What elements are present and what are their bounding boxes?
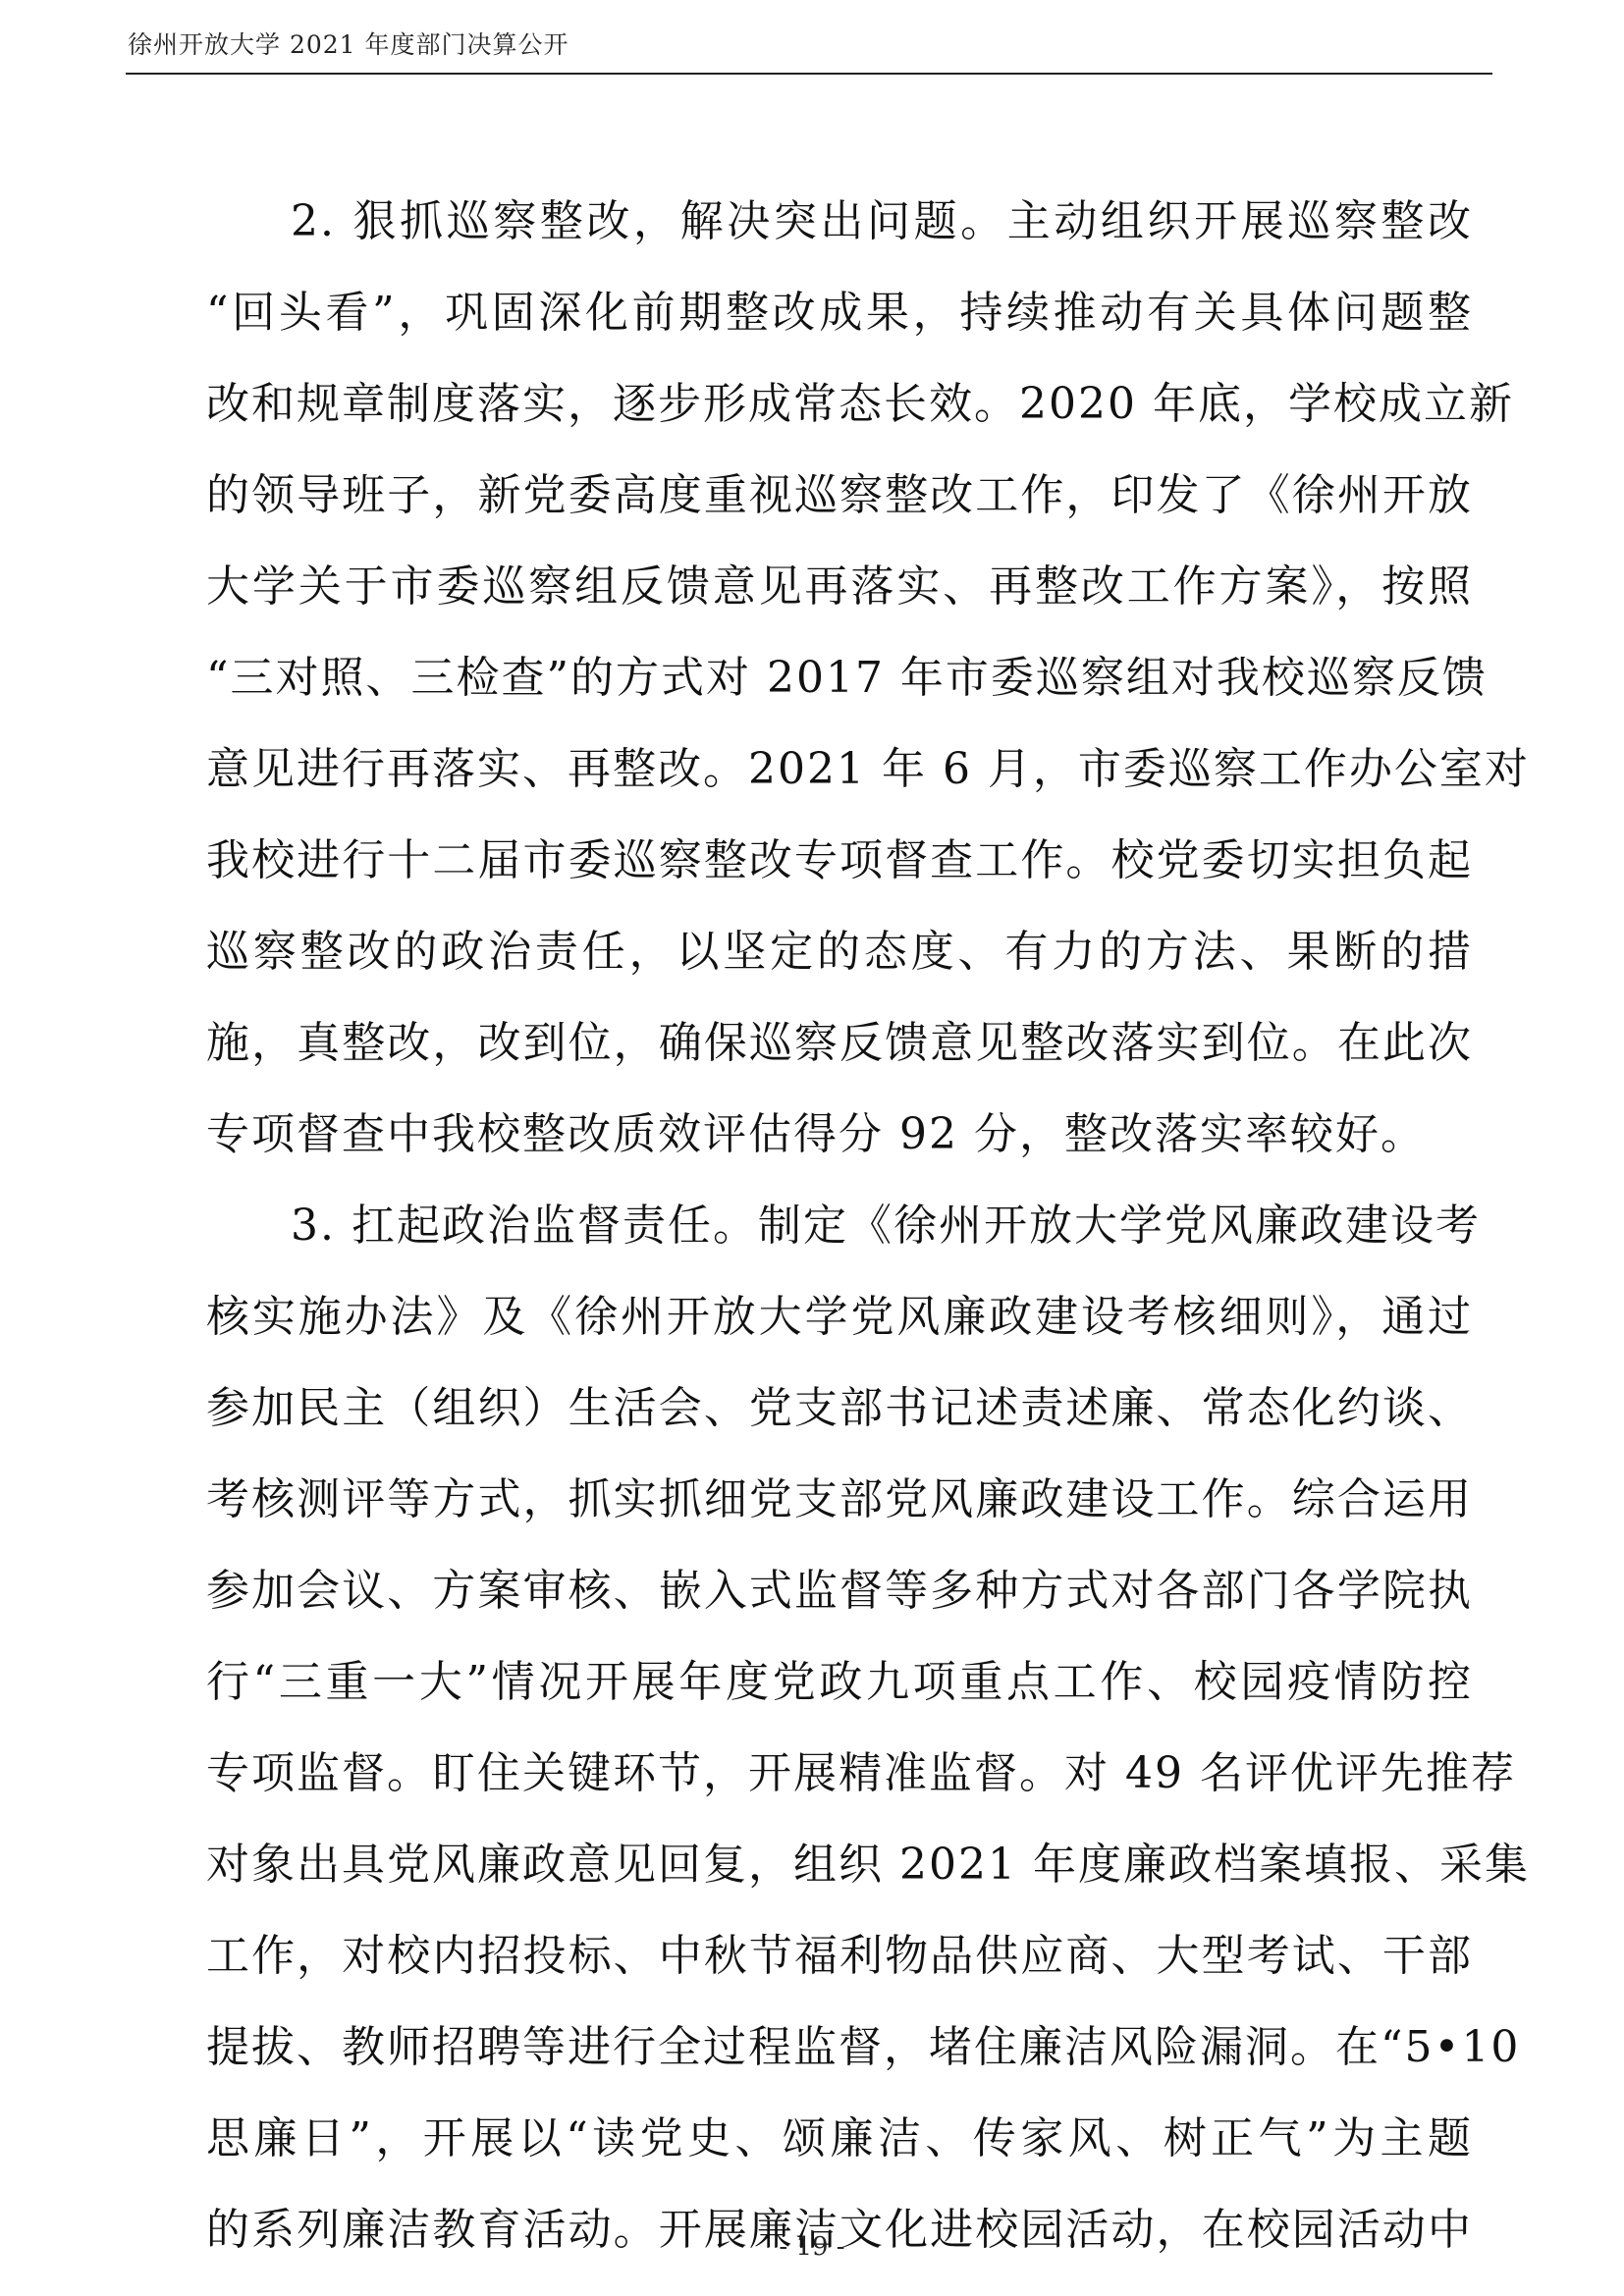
text-line: 对象出具党风廉政意见回复，组织 2021 年度廉政档案填报、采集 (206, 1836, 1473, 1927)
text-line: 改和规章制度落实，逐步形成常态长效。2020 年底，学校成立新 (206, 375, 1473, 466)
text-line: 行“三重一大”情况开展年度党政九项重点工作、校园疫情防控 (206, 1653, 1473, 1744)
text-line: 大学关于市委巡察组反馈意见再落实、再整改工作方案》，按照 (206, 558, 1473, 649)
text-line: 专项监督。盯住关键环节，开展精准监督。对 49 名评优评先推荐 (206, 1744, 1473, 1836)
header-divider (126, 73, 1492, 75)
paragraph-inspection-rectification: 2. 狠抓巡察整改，解决突出问题。主动组织开展巡察整改 “回头看”，巩固深化前期… (206, 192, 1473, 1197)
text-line: 意见进行再落实、再整改。2021 年 6 月，市委巡察工作办公室对 (206, 740, 1473, 831)
text-line: 施，真整改，改到位，确保巡察反馈意见整改落实到位。在此次 (206, 1014, 1473, 1105)
text-line: “回头看”，巩固深化前期整改成果，持续推动有关具体问题整 (206, 284, 1473, 375)
document-body: 2. 狠抓巡察整改，解决突出问题。主动组织开展巡察整改 “回头看”，巩固深化前期… (206, 192, 1473, 2292)
text-line: 提拔、教师招聘等进行全过程监督，堵住廉洁风险漏洞。在“5•10 (206, 2018, 1473, 2109)
text-line: 考核测评等方式，抓实抓细党支部党风廉政建设工作。综合运用 (206, 1470, 1473, 1562)
page-number: - 19 - (0, 2232, 1624, 2262)
text-line: 工作，对校内招投标、中秋节福利物品供应商、大型考试、干部 (206, 1927, 1473, 2018)
document-header: 徐州开放大学 2021 年度部门决算公开 (128, 26, 569, 61)
text-line: 巡察整改的政治责任，以坚定的态度、有力的方法、果断的措 (206, 923, 1473, 1014)
text-line: 思廉日”，开展以“读党史、颂廉洁、传家风、树正气”为主题 (206, 2109, 1473, 2201)
text-line: 专项督查中我校整改质效评估得分 92 分，整改落实率较好。 (206, 1105, 1473, 1197)
text-line: 的领导班子，新党委高度重视巡察整改工作，印发了《徐州开放 (206, 466, 1473, 558)
text-line: 参加民主（组织）生活会、党支部书记述责述廉、常态化约谈、 (206, 1379, 1473, 1470)
text-line: 2. 狠抓巡察整改，解决突出问题。主动组织开展巡察整改 (206, 192, 1473, 284)
paragraph-political-supervision: 3. 扛起政治监督责任。制定《徐州开放大学党风廉政建设考 核实施办法》及《徐州开… (206, 1197, 1473, 2292)
text-line: “三对照、三检查”的方式对 2017 年市委巡察组对我校巡察反馈 (206, 649, 1473, 740)
text-line: 3. 扛起政治监督责任。制定《徐州开放大学党风廉政建设考 (206, 1197, 1473, 1288)
text-line: 核实施办法》及《徐州开放大学党风廉政建设考核细则》，通过 (206, 1288, 1473, 1379)
text-line: 参加会议、方案审核、嵌入式监督等多种方式对各部门各学院执 (206, 1562, 1473, 1653)
text-line: 我校进行十二届市委巡察整改专项督查工作。校党委切实担负起 (206, 831, 1473, 923)
